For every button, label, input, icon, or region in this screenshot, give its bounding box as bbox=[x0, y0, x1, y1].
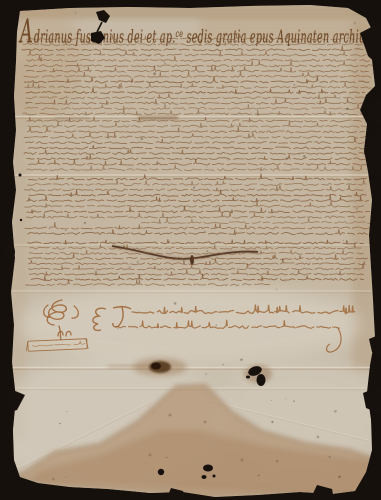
charter-heading: Adrianus fusconius dei et ap.ᶜᵉ sedis gr… bbox=[20, 13, 372, 51]
manuscript-photo: Adrianus fusconius dei et ap.ᶜᵉ sedis gr… bbox=[0, 0, 381, 500]
parchment-scan bbox=[0, 0, 381, 500]
archival-cartouche bbox=[26, 339, 88, 352]
